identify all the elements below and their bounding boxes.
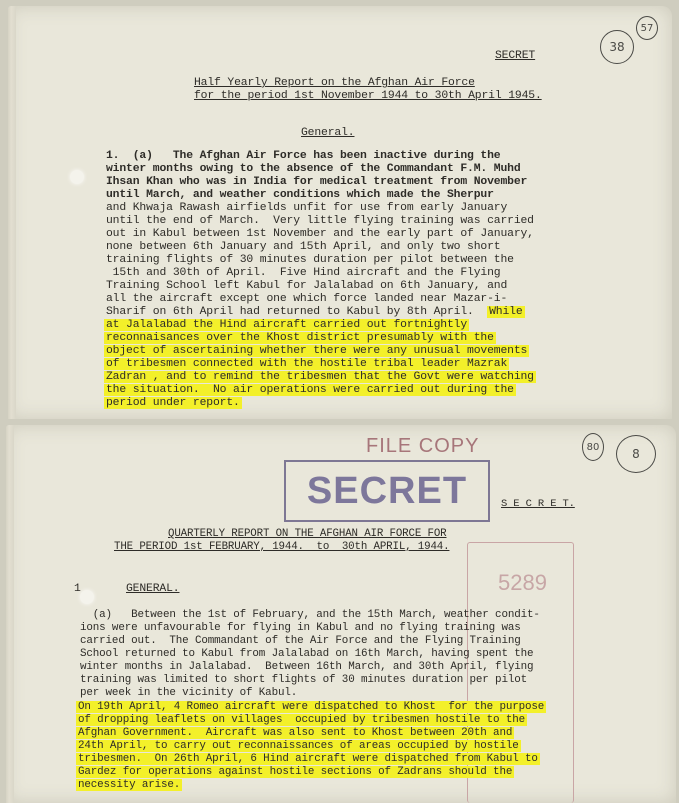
paragraph-line: carried out. The Commandant of the Air F… [80, 635, 521, 649]
highlighted-text: While [487, 306, 524, 318]
handwritten-folio-number: 8 [616, 435, 656, 473]
highlighted-line: On 19th April, 4 Romeo aircraft were dis… [76, 701, 546, 713]
handwritten-folio-number: 80 [582, 433, 604, 461]
paragraph-line: winter months in Jalalabad. Between 16th… [80, 661, 533, 675]
highlighted-line: Zadran , and to remind the tribesmen tha… [104, 371, 536, 383]
paragraph-line: and Khwaja Rawash airfields unfit for us… [106, 202, 507, 216]
highlighted-line: of tribesmen connected with the hostile … [104, 358, 509, 370]
classification-marking: S E C R E T. [501, 498, 575, 512]
punch-hole [80, 590, 94, 604]
handwritten-folio-number: 57 [636, 16, 658, 40]
highlighted-line: reconnaisances over the Khost district p… [104, 332, 496, 344]
paragraph-line: Training School left Kabul for Jalalabad… [106, 280, 507, 294]
report-title-line: THE PERIOD 1st FEBRUARY, 1944. to 30th A… [114, 541, 449, 555]
page-edge [6, 425, 14, 803]
document-page-half-yearly-report: 38 57 SECRET Half Yearly Report on the A… [8, 6, 672, 419]
highlighted-line: period under report. [104, 397, 242, 409]
punch-hole [70, 170, 84, 184]
paragraph-line: until the end of March. Very little flyi… [106, 215, 534, 229]
document-page-quarterly-report: FILE COPY SECRET 80 8 S E C R E T. 5289 … [6, 425, 676, 803]
registry-number: 5289 [498, 570, 547, 596]
report-title-line: for the period 1st November 1944 to 30th… [194, 90, 542, 104]
paragraph-line: 1. (a) The Afghan Air Force has been ina… [106, 150, 500, 164]
section-heading: General. [301, 127, 354, 141]
paragraph-line: Ihsan Khan who was in India for medical … [106, 176, 527, 190]
highlighted-line: necessity arise. [76, 779, 182, 791]
highlighted-line: Gardez for operations against hostile se… [76, 766, 514, 778]
paragraph-line: training flights of 30 minutes duration … [106, 254, 514, 268]
classification-marking: SECRET [495, 50, 535, 64]
paragraph-line: training was limited to short flights of… [80, 674, 527, 688]
highlighted-line: the situation. No air operations were ca… [104, 384, 516, 396]
page-edge [8, 6, 16, 419]
secret-stamp: SECRET [284, 460, 490, 522]
highlighted-line: at Jalalabad the Hind aircraft carried o… [104, 319, 469, 331]
handwritten-folio-number: 38 [600, 30, 634, 64]
report-title-line: QUARTERLY REPORT ON THE AFGHAN AIR FORCE… [168, 528, 447, 542]
file-copy-stamp: FILE COPY [366, 435, 479, 458]
section-heading: GENERAL. [126, 583, 179, 597]
paragraph-line: none between 6th January and 15th April,… [106, 241, 500, 255]
paragraph-line: 15th and 30th of April. Five Hind aircra… [106, 267, 500, 281]
section-number: 1 [74, 583, 81, 597]
paragraph-line: (a) Between the 1st of February, and the… [80, 609, 540, 623]
paragraph-line: School returned to Kabul from Jalalabad … [80, 648, 533, 662]
highlighted-line: 24th April, to carry out reconnaissances… [76, 740, 521, 752]
paragraph-line: ions were unfavourable for flying in Kab… [80, 622, 521, 636]
report-title-line: Half Yearly Report on the Afghan Air For… [194, 77, 475, 91]
highlighted-line: object of ascertaining whether there wer… [104, 345, 529, 357]
paragraph-line: out in Kabul between 1st November and th… [106, 228, 534, 242]
highlighted-line: of dropping leaflets on villages occupie… [76, 714, 527, 726]
highlighted-line: tribesmen. On 26th April, 6 Hind aircraf… [76, 753, 540, 765]
paragraph-line: until March, and weather conditions whic… [106, 189, 494, 203]
paragraph-line: per week in the vicinity of Kabul. [80, 687, 297, 701]
paragraph-line: all the aircraft except one which force … [106, 293, 507, 307]
paragraph-line: Sharif on 6th April had returned to Kabu… [106, 306, 525, 320]
line-text: Sharif on 6th April had returned to Kabu… [106, 306, 487, 318]
highlighted-line: Afghan Government. Aircraft was also sen… [76, 727, 514, 739]
paragraph-line: winter months owing to the absence of th… [106, 163, 521, 177]
